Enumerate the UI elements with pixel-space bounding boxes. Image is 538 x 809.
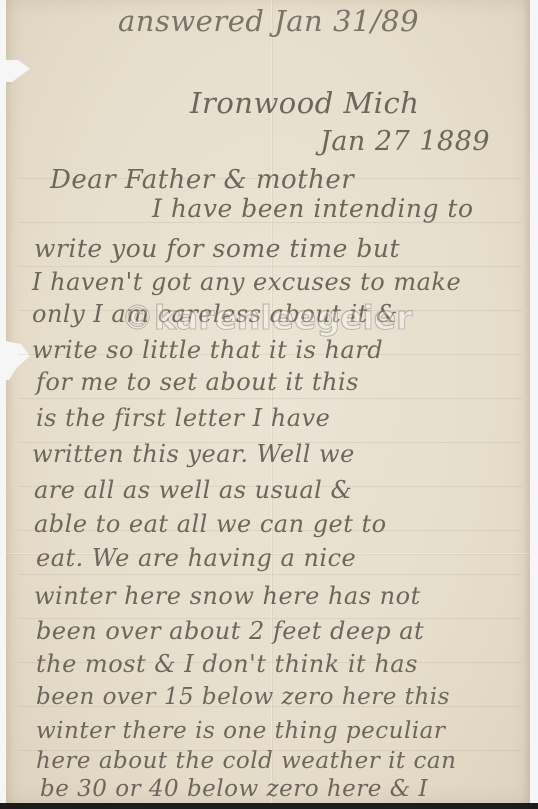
letter-line: write so little that it is hard (32, 336, 383, 364)
vertical-fold (271, 0, 273, 803)
ruled-line (18, 574, 522, 575)
letter-line: winter here snow here has not (34, 582, 421, 610)
ruled-line (18, 266, 522, 267)
salutation: Dear Father & mother (50, 165, 354, 195)
letter-place: Ironwood Mich (190, 86, 419, 120)
letter-line: I have been intending to (152, 194, 474, 223)
letter-line: able to eat all we can get to (34, 510, 387, 538)
letter-line: I haven't got any excuses to make (32, 268, 461, 296)
letter-line: the most & I don't think it has (36, 650, 418, 678)
letter-line: been over about 2 feet deep at (36, 617, 424, 645)
letter-line: winter there is one thing peculiar (36, 718, 445, 744)
torn-edge (0, 60, 30, 82)
letter-line: been over 15 below zero here this (36, 684, 450, 710)
letter-line: written this year. Well we (32, 440, 355, 468)
answered-annotation: answered Jan 31/89 (118, 4, 419, 38)
letter-scan: answered Jan 31/89 Ironwood Mich Jan 27 … (0, 0, 538, 809)
letter-line: for me to set about it this (36, 368, 359, 396)
scan-bottom-edge (0, 803, 538, 809)
letter-line: write you for some time but (34, 234, 400, 263)
ruled-line (18, 398, 522, 399)
paper-sheet: answered Jan 31/89 Ironwood Mich Jan 27 … (6, 0, 530, 803)
letter-date: Jan 27 1889 (320, 126, 490, 157)
letter-line: are all as well as usual & (34, 476, 352, 504)
torn-edge (0, 340, 30, 380)
copyright-watermark: ©karenleegeier (121, 298, 412, 337)
letter-line: is the first letter I have (36, 404, 330, 432)
letter-line: eat. We are having a nice (36, 544, 356, 572)
letter-line: here about the cold weather it can (36, 748, 456, 774)
letter-line: be 30 or 40 below zero here & I (40, 776, 428, 802)
